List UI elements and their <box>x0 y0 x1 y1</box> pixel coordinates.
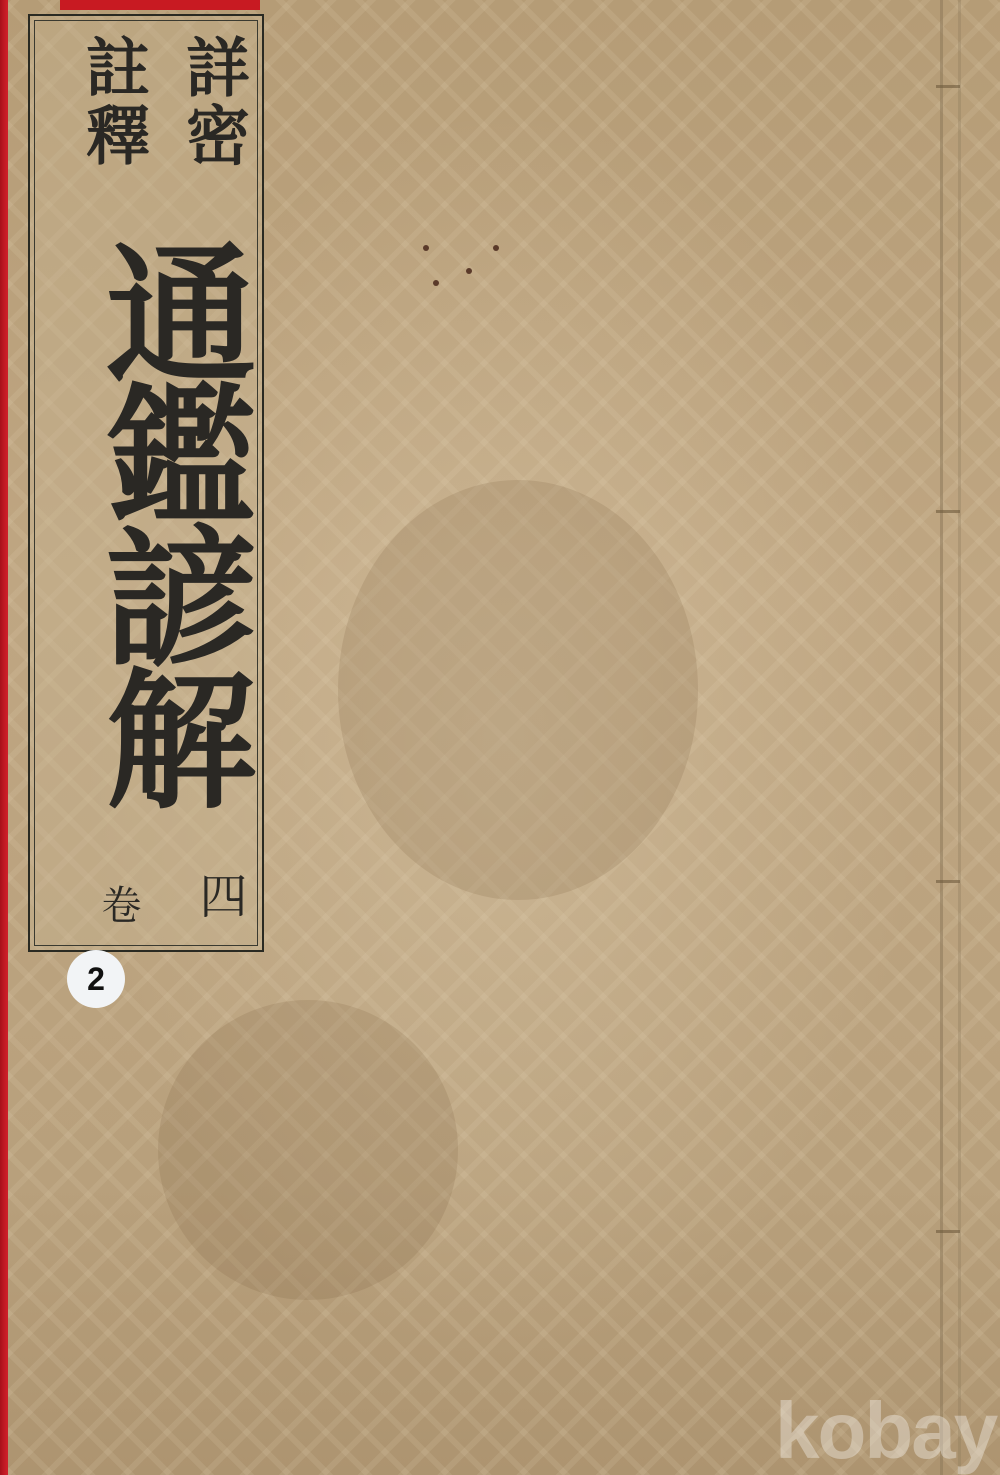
subtitle-annotated: 註釋 <box>80 34 144 170</box>
binding-thread <box>958 0 961 1475</box>
red-cloth-top <box>60 0 260 10</box>
binding-knot <box>936 880 960 883</box>
subtitle-detailed: 詳密 <box>180 34 244 170</box>
binding-knot <box>936 510 960 513</box>
number-sticker: 2 <box>67 950 125 1008</box>
ink-spot <box>493 245 499 251</box>
title-label: 詳密 註釋 通鑑諺解 四 卷 <box>28 14 264 952</box>
main-title: 通鑑諺解 <box>85 236 250 804</box>
ink-spot <box>466 268 472 274</box>
age-stain <box>338 480 698 900</box>
watermark: kobay <box>775 1385 996 1475</box>
binding-knot <box>936 85 960 88</box>
volume-number: 四 <box>185 871 254 919</box>
binding-thread <box>940 0 943 1475</box>
binding-knot <box>936 1230 960 1233</box>
ink-spot <box>433 280 439 286</box>
age-stain <box>158 1000 458 1300</box>
ink-spot <box>423 245 429 251</box>
volume-label: 卷 <box>90 884 147 924</box>
